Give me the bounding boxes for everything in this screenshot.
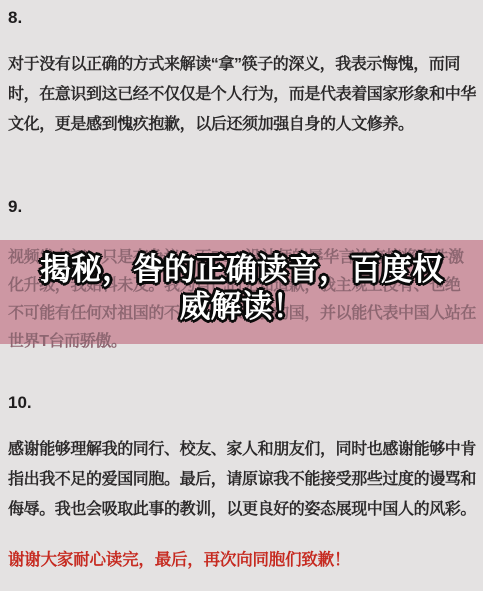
section-10-line-3: 侮辱。我也会吸取此事的教训，以更良好的姿态展现中国人的风彩。 xyxy=(8,496,478,519)
section-8-line-2: 时，在意识到这已经不仅仅是个人行为，而是代表着国家形象和中华 xyxy=(8,81,478,104)
section-10-line-1: 感谢能够理解我的同行、校友、家人和朋友们，同时也感谢能够中肯 xyxy=(8,436,478,459)
overlay-headline-line-1: 揭秘，昝的正确读音，百度权 xyxy=(0,251,483,288)
section-10-number: 10. xyxy=(8,393,32,413)
closing-apology-line: 谢谢大家耐心读完，最后，再次向同胞们致歉！ xyxy=(8,546,478,570)
section-9-line-4: 世界T台而骄傲。 xyxy=(8,328,478,351)
section-8-line-3: 文化，更是感到愧疚抱歉，以后还须加强自身的人文修养。 xyxy=(8,111,478,134)
section-8-number: 8. xyxy=(8,8,22,28)
overlay-headline-line-2: 威解读！ xyxy=(0,288,483,325)
section-9-number: 9. xyxy=(8,197,22,217)
overlay-headline: 揭秘，昝的正确读音，百度权 威解读！ xyxy=(0,251,483,325)
section-10-line-2: 指出我不足的爱国同胞。最后，请原谅我不能接受那些过度的谩骂和 xyxy=(8,466,478,489)
section-8-line-1: 对于没有以正确的方式来解读“拿”筷子的深义，我表示悔愧，而同 xyxy=(8,51,478,74)
